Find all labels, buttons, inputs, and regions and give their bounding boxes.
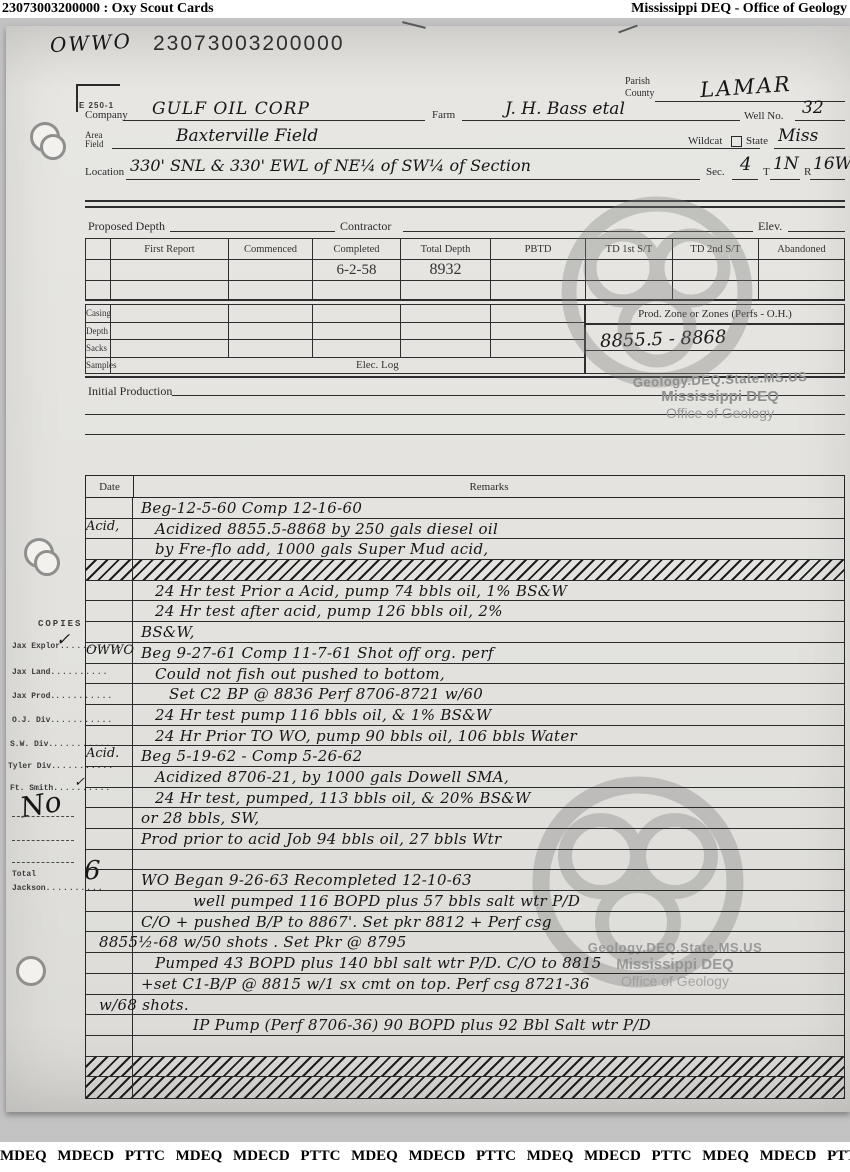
dashed-line (12, 862, 74, 863)
well-no-value: 32 (802, 98, 824, 118)
total-depth-value: 8932 (401, 260, 491, 280)
cell (229, 260, 313, 280)
remark-text: Pumped 43 BOPD plus 140 bbl salt wtr P/D… (133, 953, 844, 973)
remark-row: 24 Hr test after acid, pump 126 bbls oil… (86, 601, 844, 622)
range-value: 16W (813, 154, 850, 174)
remark-row: well pumped 116 BOPD plus 57 bbls salt w… (86, 891, 844, 912)
punch-hole (40, 134, 66, 160)
remark-text: IP Pump (Perf 8706-36) 90 BOPD plus 92 B… (133, 1015, 844, 1035)
date-cell (86, 974, 133, 994)
hatched-separator (86, 560, 844, 581)
remark-row: Pumped 43 BOPD plus 140 bbl salt wtr P/D… (86, 953, 844, 974)
remark-row: OWWOBeg 9-27-61 Comp 11-7-61 Shot off or… (86, 643, 844, 664)
punch-hole (34, 550, 60, 576)
cell (401, 340, 491, 357)
cell (86, 281, 111, 299)
remark-row: or 28 bbls, SW, (86, 808, 844, 829)
api-number: 23073003200000 (153, 32, 345, 56)
col-first-report: First Report (111, 239, 229, 259)
elev-label: Elev. (758, 219, 782, 234)
wildcat-checkbox (731, 136, 742, 147)
remark-text: BS&W, (133, 622, 844, 642)
date-cell (86, 684, 133, 704)
farm-label: Farm (432, 109, 455, 121)
check-mark: ✓ (56, 630, 70, 650)
cell (229, 323, 313, 340)
footer-text: MDEQ MDECD PTTC MDEQ MDECD PTTC MDEQ MDE… (0, 1148, 850, 1165)
location-value: 330' SNL & 330' EWL of NE¼ of SW¼ of Sec… (130, 156, 531, 175)
remark-row: Could not fish out pushed to bottom, (86, 664, 844, 685)
remark-text: or 28 bbls, SW, (133, 808, 844, 828)
date-cell: OWWO (86, 643, 133, 663)
township-value: 1N (773, 154, 799, 174)
date-cell (86, 601, 133, 621)
no-handwritten-note: No (17, 785, 63, 825)
agency-title: Mississippi DEQ - Office of Geology (631, 1, 847, 17)
remark-text: 8855½-68 w/50 shots . Set Pkr @ 8795 (91, 932, 844, 952)
remark-text: +set C1-B/P @ 8815 w/1 sx cmt on top. Pe… (133, 974, 844, 994)
field-line (112, 148, 760, 149)
casing-table: Casing Depth Sacks Samples Elec. Log (85, 304, 585, 374)
elev-line (788, 231, 845, 232)
company-value: GULF OIL CORP (152, 99, 310, 119)
punch-hole (16, 956, 46, 986)
date-cell: Acid. (86, 746, 133, 766)
remark-row: C/O + pushed B/P to 8867'. Set pkr 8812 … (86, 912, 844, 933)
remark-row: 24 Hr test, pumped, 113 bbls oil, & 20% … (86, 788, 844, 809)
date-cell (86, 664, 133, 684)
well-no-label: Well No. (744, 110, 783, 122)
rule-line (85, 434, 845, 435)
remark-text: w/68 shots. (91, 995, 844, 1015)
remark-row: Set C2 BP @ 8836 Perf 8706-8721 w/60 (86, 684, 844, 705)
township-line (770, 179, 800, 180)
remark-row: Prod prior to acid Job 94 bbls oil, 27 b… (86, 829, 844, 850)
remarks-header: Remarks (134, 476, 844, 497)
col-commenced: Commenced (229, 239, 313, 259)
remarks-table: Date Remarks Beg-12-5-60 Comp 12-16-60 A… (85, 475, 845, 1099)
samples-label: Samples (86, 358, 111, 374)
date-cell (86, 1036, 133, 1056)
remark-text: 24 Hr Prior TO WO, pump 90 bbls oil, 106… (133, 726, 844, 746)
initial-production-label: Initial Production (88, 384, 172, 399)
cell (313, 323, 401, 340)
remark-text: Acidized 8855.5-8868 by 250 gals diesel … (133, 519, 844, 539)
remark-row: 24 Hr test Prior a Acid, pump 74 bbls oi… (86, 581, 844, 602)
remark-text: Beg 9-27-61 Comp 11-7-61 Shot off org. p… (133, 643, 844, 663)
cell (111, 281, 229, 299)
remark-row: 24 Hr test pump 116 bbls oil, & 1% BS&W (86, 705, 844, 726)
date-cell (86, 912, 133, 932)
state-line (774, 148, 845, 149)
range-label: R (804, 166, 811, 178)
cell (111, 305, 229, 322)
proposed-depth-label: Proposed Depth (88, 219, 165, 234)
remark-text: WO Began 9-26-63 Recompleted 12-10-63 (133, 870, 844, 890)
remark-row: 24 Hr Prior TO WO, pump 90 bbls oil, 106… (86, 726, 844, 747)
state-label: State (746, 135, 768, 147)
well-no-line (795, 120, 845, 121)
cell (111, 323, 229, 340)
print-header-bar: 23073003200000 : Oxy Scout Cards Mississ… (0, 0, 850, 18)
depth-row: Depth (86, 323, 584, 341)
cell (313, 340, 401, 357)
total-label: Total (12, 870, 36, 879)
print-footer-bar: MDEQ MDECD PTTC MDEQ MDECD PTTC MDEQ MDE… (0, 1142, 850, 1172)
depth-label: Depth (86, 323, 111, 340)
remark-text: Could not fish out pushed to bottom, (133, 664, 844, 684)
date-cell (86, 829, 133, 849)
remark-text: by Fre-flo add, 1000 gals Super Mud acid… (133, 539, 844, 559)
remark-row: Acidized 8706-21, by 1000 gals Dowell SM… (86, 767, 844, 788)
contractor-label: Contractor (340, 219, 391, 234)
remark-text: C/O + pushed B/P to 8867'. Set pkr 8812 … (133, 912, 844, 932)
dashed-line (12, 840, 74, 841)
remark-text: 24 Hr test, pumped, 113 bbls oil, & 20% … (133, 788, 844, 808)
remark-text (133, 560, 844, 580)
remark-text (133, 1036, 844, 1056)
remark-row: w/68 shots. (86, 995, 844, 1016)
check-mark: ✓ (74, 775, 85, 790)
company-line (123, 120, 425, 121)
location-label: Location (85, 166, 124, 178)
remark-text (133, 1057, 844, 1077)
casing-row: Casing (86, 305, 584, 323)
county-label: County (625, 88, 654, 99)
remark-row: Acid,Acidized 8855.5-8868 by 250 gals di… (86, 519, 844, 540)
remark-row: Beg-12-5-60 Comp 12-16-60 (86, 498, 844, 519)
date-cell (86, 581, 133, 601)
col-total-depth: Total Depth (401, 239, 491, 259)
remark-row: IP Pump (Perf 8706-36) 90 BOPD plus 92 B… (86, 1015, 844, 1036)
cell (86, 260, 111, 280)
date-cell (86, 767, 133, 787)
date-cell (86, 870, 133, 890)
msdeq-logo-watermark (557, 192, 757, 392)
cell (229, 281, 313, 299)
remark-row: BS&W, (86, 622, 844, 643)
township-label: T (763, 166, 770, 178)
remark-text: 24 Hr test Prior a Acid, pump 74 bbls oi… (133, 581, 844, 601)
cell (759, 281, 844, 299)
farm-value: J. H. Bass etal (505, 99, 625, 119)
casing-label: Casing (86, 305, 111, 322)
company-label: Company (85, 109, 128, 121)
cell (401, 281, 491, 299)
watermark-text: Geology.DEQ.State.MS.US Mississippi DEQ … (600, 372, 840, 421)
field-value: Baxterville Field (176, 126, 318, 146)
remark-text: Beg-12-5-60 Comp 12-16-60 (133, 498, 844, 518)
date-cell (86, 788, 133, 808)
hatched-separator (86, 1077, 844, 1098)
remark-text: well pumped 116 BOPD plus 57 bbls salt w… (133, 891, 844, 911)
cell (229, 305, 313, 322)
cell (313, 281, 401, 299)
remark-row: Acid.Beg 5-19-62 - Comp 5-26-62 (86, 746, 844, 767)
farm-line (462, 120, 740, 121)
remarks-header-row: Date Remarks (86, 476, 844, 498)
copies-title: COPIES (38, 619, 82, 629)
date-cell (86, 1057, 133, 1077)
date-header: Date (86, 476, 134, 497)
date-cell (86, 560, 133, 580)
field-label: Field (85, 140, 104, 149)
date-cell: Acid, (86, 519, 133, 539)
sacks-label: Sacks (86, 340, 111, 357)
remark-text (133, 1077, 844, 1098)
date-cell (86, 539, 133, 559)
corner-cell (86, 239, 111, 259)
date-cell (86, 1077, 133, 1098)
cell (759, 260, 844, 280)
proposed-depth-line (170, 231, 335, 232)
sec-value: 4 (740, 154, 751, 175)
cell (229, 340, 313, 357)
remark-text: Set C2 BP @ 8836 Perf 8706-8721 w/60 (133, 684, 844, 704)
cell (313, 305, 401, 322)
remark-row: WO Began 9-26-63 Recompleted 12-10-63 (86, 870, 844, 891)
date-cell (86, 1015, 133, 1035)
date-cell (86, 622, 133, 642)
cell (111, 260, 229, 280)
sec-label: Sec. (706, 166, 725, 178)
remark-text: Acidized 8706-21, by 1000 gals Dowell SM… (133, 767, 844, 787)
cell (401, 323, 491, 340)
col-completed: Completed (313, 239, 401, 259)
parish-label: Parish (625, 76, 650, 87)
remark-row: +set C1-B/P @ 8815 w/1 sx cmt on top. Pe… (86, 974, 844, 995)
remark-text: Beg 5-19-62 - Comp 5-26-62 (133, 746, 844, 766)
watermark-agency: Mississippi DEQ (600, 388, 840, 405)
remark-text: 24 Hr test pump 116 bbls oil, & 1% BS&W (133, 705, 844, 725)
remark-text: Prod prior to acid Job 94 bbls oil, 27 b… (133, 829, 844, 849)
remark-row (86, 1036, 844, 1057)
date-cell (86, 726, 133, 746)
sec-line (732, 179, 758, 180)
samples-row: Samples Elec. Log (86, 358, 584, 374)
date-cell (86, 953, 133, 973)
col-abandoned: Abandoned (759, 239, 844, 259)
cell (111, 340, 229, 357)
wildcat-label: Wildcat (688, 135, 722, 147)
remark-row: 8855½-68 w/50 shots . Set Pkr @ 8795 (86, 932, 844, 953)
owwo-handwritten-note: OWWO (49, 29, 132, 57)
sacks-row: Sacks (86, 340, 584, 358)
range-line (810, 179, 845, 180)
remark-text: 24 Hr test after acid, pump 126 bbls oil… (133, 601, 844, 621)
page-title: 23073003200000 : Oxy Scout Cards (2, 1, 214, 17)
location-line (126, 179, 700, 180)
cell (401, 305, 491, 322)
hatched-separator (86, 1057, 844, 1078)
remark-row (86, 850, 844, 871)
date-cell (86, 705, 133, 725)
date-cell (86, 850, 133, 870)
date-cell (86, 891, 133, 911)
date-cell (86, 498, 133, 518)
completed-value: 6-2-58 (313, 260, 401, 280)
watermark-office: Office of Geology (600, 405, 840, 421)
date-cell (86, 808, 133, 828)
elec-log-label: Elec. Log (111, 358, 583, 374)
remark-text (133, 850, 844, 870)
dashed-line (12, 816, 74, 817)
state-value: Miss (778, 126, 818, 146)
remark-row: by Fre-flo add, 1000 gals Super Mud acid… (86, 539, 844, 560)
